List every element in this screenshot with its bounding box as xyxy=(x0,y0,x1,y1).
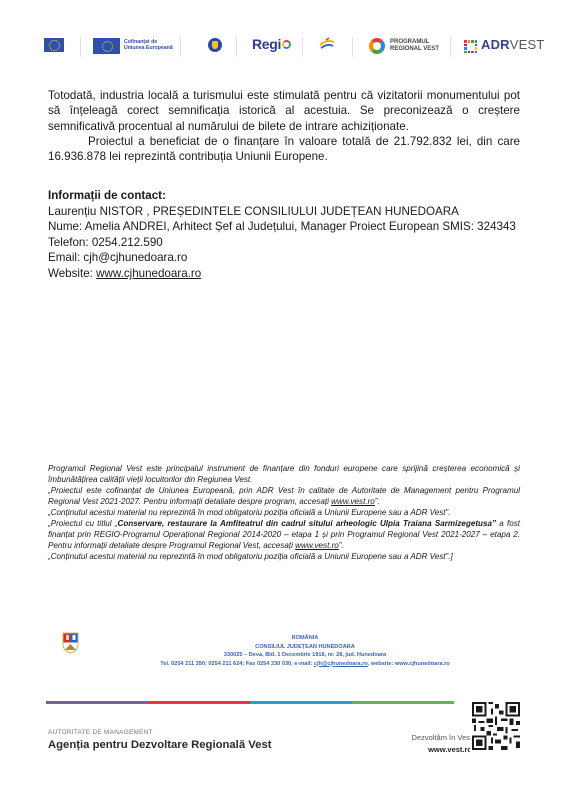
programul-regional-vest-ring-icon xyxy=(369,38,385,54)
council-address: 330025 – Deva, Bld. 1 Decembrie 1918, nr… xyxy=(100,651,510,660)
council-contact: Tel. 0254 211 350; 0254 211 624; Fax 025… xyxy=(100,660,510,669)
regio-o-icon xyxy=(282,40,291,49)
adr-vest-logo-text: ADRVEST xyxy=(481,37,545,52)
footer-stripe-blue xyxy=(250,701,352,704)
footnote-line-4-text: „Proiectul cu titlul „ xyxy=(48,519,117,528)
divider xyxy=(236,37,237,57)
vest-url[interactable]: www.vest.ro xyxy=(428,745,472,754)
footnote-line-5: „Conținutul acestui material nu reprezin… xyxy=(48,551,520,562)
contact-block: Informații de contact: Laurențiu NISTOR … xyxy=(48,188,516,282)
council-info: ROMÂNIA CONSILIUL JUDEȚEAN HUNEDOARA 330… xyxy=(100,634,510,668)
tagline: Dezvoltăm în Vest xyxy=(412,733,472,742)
footnote-line-2-text: „Proiectul este cofinanțat de Uniunea Eu… xyxy=(48,486,520,506)
footnote-line-2-end: ”. xyxy=(375,497,380,506)
divider xyxy=(352,37,353,57)
footer-stripe-red xyxy=(148,701,250,704)
council-contact-text: Tel. 0254 211 350; 0254 211 624; Fax 025… xyxy=(160,661,314,667)
footnote-line-4-end: ”. xyxy=(339,541,344,550)
adr-vest-grid-icon xyxy=(464,40,477,53)
paragraph-tourism: Totodată, industria locală a turismului … xyxy=(48,88,520,134)
divider xyxy=(80,37,81,57)
divider xyxy=(450,37,451,57)
vest-link[interactable]: www.vest.ro xyxy=(295,541,339,550)
authority-name: Agenția pentru Dezvoltare Regională Vest xyxy=(48,739,271,751)
contact-heading: Informații de contact: xyxy=(48,188,516,204)
contact-website-label: Website: xyxy=(48,267,96,280)
divider xyxy=(180,37,181,57)
footnote-line-2: „Proiectul este cofinanțat de Uniunea Eu… xyxy=(48,485,520,507)
council-name: CONSILIUL JUDEȚEAN HUNEDOARA xyxy=(100,643,510,652)
footnote-disclaimer: Programul Regional Vest este principalul… xyxy=(48,463,520,562)
contact-email: Email: cjh@cjhunedoara.ro xyxy=(48,250,516,266)
government-seal-icon xyxy=(208,38,222,52)
divider xyxy=(302,37,303,57)
eu-emblem-icon xyxy=(44,38,64,52)
regio-logo-text: Regi xyxy=(252,36,281,52)
vest-link[interactable]: www.vest.ro xyxy=(331,497,375,506)
council-country: ROMÂNIA xyxy=(100,634,510,643)
eu-cofinanced-flag-icon xyxy=(93,38,120,54)
contact-website: Website: www.cjhunedoara.ro xyxy=(48,266,516,282)
hunedoara-crest-icon xyxy=(62,632,79,654)
authority-label: AUTORITATE DE MANAGEMENT xyxy=(48,729,153,736)
regio-logo: Regi xyxy=(252,36,291,52)
qr-code-icon[interactable] xyxy=(470,700,522,752)
contact-website-link[interactable]: www.cjhunedoara.ro xyxy=(96,267,201,280)
footnote-line-1: Programul Regional Vest este principalul… xyxy=(48,463,520,485)
eu-cofinanced-label: Cofinanțat de Uniunea Europeană xyxy=(124,39,173,51)
contact-president: Laurențiu NISTOR , PREȘEDINTELE CONSILIU… xyxy=(48,204,516,220)
contact-phone: Telefon: 0254.212.590 xyxy=(48,235,516,251)
ue-mark-icon xyxy=(318,37,336,51)
contact-manager: Nume: Amelia ANDREI, Arhitect Șef al Jud… xyxy=(48,219,516,235)
project-title: Conservare, restaurare la Amfiteatrul di… xyxy=(117,519,496,528)
header-logo-bar: ​ Cofinanțat de Uniunea Europeană Regi ​… xyxy=(40,33,530,59)
footer-stripe-green xyxy=(352,701,454,704)
adr-vest-light: VEST xyxy=(510,37,545,52)
footnote-line-3: „Conținutul acestui material nu reprezin… xyxy=(48,507,520,518)
paragraph-financing: Proiectul a beneficiat de o finanțare în… xyxy=(48,134,520,165)
footer-stripe-purple xyxy=(46,701,148,704)
footnote-line-4: „Proiectul cu titlul „Conservare, restau… xyxy=(48,518,520,551)
programul-regional-vest-label: PROGRAMUL REGIONAL VEST xyxy=(390,39,439,53)
adr-vest-bold: ADR xyxy=(481,37,510,52)
council-website-text: , website: www.cjhunedoara.ro xyxy=(368,661,450,667)
council-email-link[interactable]: cjh@cjhunedoara.ro xyxy=(314,661,368,667)
